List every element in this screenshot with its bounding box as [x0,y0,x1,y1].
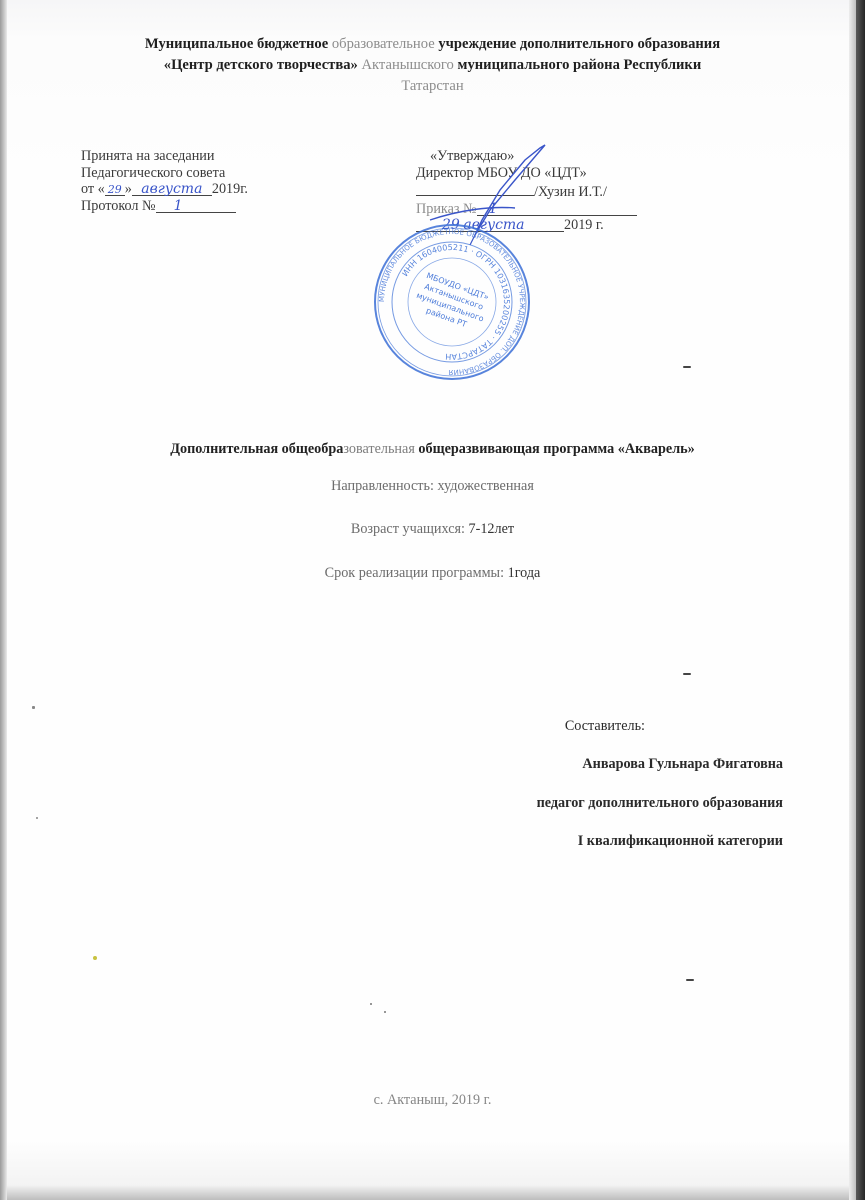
program-title: Дополнительная общеобразовательная общер… [0,441,865,458]
scan-edge-left [0,0,7,1200]
accepted-line2: Педагогического совета [81,165,248,182]
compiler-position: педагог дополнительного образования [537,795,783,812]
scan-speck [683,366,691,368]
protocol-number-field: 1 [156,198,236,213]
institution-header-line2: «Центр детского творчества» Актанышского… [0,55,865,76]
place-year: с. Актаныш, 2019 г. [0,1092,865,1109]
accepted-date-line: от «29»августа2019г. [81,181,248,198]
title-text-faint: зовательная [343,441,415,457]
handwritten-day: 29 [108,183,122,196]
scan-speck [384,1011,386,1013]
date-year: 2019г. [212,181,248,197]
institution-header-line1: Муниципальное бюджетное образовательное … [0,34,865,55]
scan-edge-right [856,0,865,1200]
header-text: муниципального района Республики [458,57,702,73]
header-text: Муниципальное бюджетное [145,36,328,52]
protocol-label: Протокол № [81,198,156,214]
date-day-field: 29 [105,181,125,196]
date-quote: » [125,181,132,197]
handwritten-month: августа [141,181,202,197]
compiler-label: Составитель: [565,718,645,735]
term-label: Срок реализации программы: [325,565,508,581]
institution-header-line3: Татарстан [0,76,865,97]
program-age: Возраст учащихся: 7-12лет [0,521,865,538]
compiler-name: Анварова Гульнара Фигатовна [582,756,783,773]
scan-speck [32,706,35,709]
header-text-faint: образовательное [332,36,435,52]
official-stamp-icon: МУНИЦИПАЛЬНОЕ БЮДЖЕТНОЕ ОБРАЗОВАТЕЛЬНОЕ … [372,222,532,382]
title-text: общеразвивающая программа «Акварель» [418,441,694,457]
header-text: «Центр детского творчества» [164,57,358,73]
date-prefix: от « [81,181,105,197]
protocol-line: Протокол №1 [81,198,248,215]
handwritten-protocol-number: 1 [174,198,183,214]
header-text: учреждение дополнительного образования [438,36,720,52]
accepted-line1: Принята на заседании [81,148,248,165]
scan-speck [683,673,691,675]
title-text: Дополнительная общеобра [170,441,343,457]
program-direction: Направленность: художественная [0,478,865,495]
age-label: Возраст учащихся: [351,521,469,537]
term-value: 1года [508,565,541,581]
accepted-block: Принята на заседании Педагогического сов… [81,148,248,214]
scan-speck [686,979,694,981]
header-text-faint: Татарстан [401,78,463,94]
scan-edge-right-shadow [849,0,856,1200]
date-month-field: августа [132,181,212,196]
scan-speck [93,956,97,960]
scan-speck [36,817,38,819]
compiler-category: I квалификационной категории [578,833,783,850]
header-text-faint: Актанышского [361,57,453,73]
age-value: 7-12лет [469,521,515,537]
program-term: Срок реализации программы: 1года [0,565,865,582]
scan-speck [370,1003,372,1005]
